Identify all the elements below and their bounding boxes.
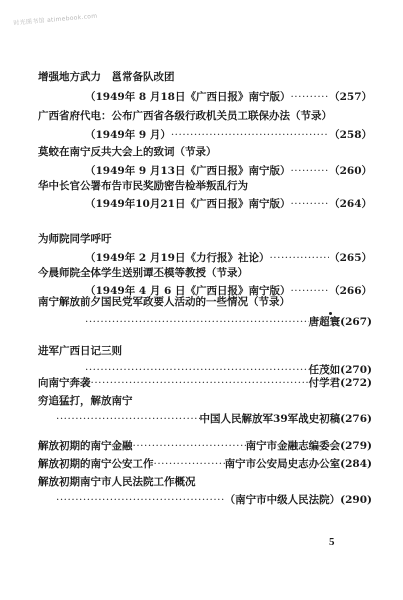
toc-entry-source-line: （1949年 2 月19日《力行报》社论） （265） bbox=[85, 252, 372, 265]
toc-entry-page: （258） bbox=[329, 129, 372, 142]
toc-entry-title: 向南宁奔袭 bbox=[38, 377, 91, 390]
leader-dots bbox=[85, 316, 309, 329]
toc-entry-page: （257） bbox=[329, 91, 372, 104]
toc-entry-source: （1949年 2 月19日《力行报》社论） bbox=[85, 252, 269, 265]
toc-entry-author: （南宁市中级人民法院） bbox=[225, 494, 341, 507]
toc-entry-line: 向南宁奔袭 付学君 (272) bbox=[38, 377, 372, 390]
toc-entry-page: (276) bbox=[340, 413, 372, 426]
page-number: 5 bbox=[329, 536, 335, 548]
toc-entry-title: 解放初期的南宁金融 bbox=[38, 440, 133, 453]
leader-dots bbox=[269, 252, 329, 265]
toc-entry-title: 解放初期的南宁公安工作 bbox=[38, 458, 154, 471]
toc-entry-page: (284) bbox=[340, 458, 372, 471]
toc-entry-title: 解放初期南宁市人民法院工作概况 bbox=[38, 476, 196, 489]
leader-dots bbox=[290, 285, 329, 298]
leader-dots bbox=[56, 413, 200, 426]
toc-entry-title: 增强地方武力 邕常备队改团 bbox=[38, 71, 175, 84]
toc-entry-title: 今晨师院全体学生送别谭丕模等教授（节录） bbox=[38, 267, 248, 280]
toc-entry-page: (279) bbox=[340, 440, 372, 453]
toc-entry-author: 中国人民解放军39军战史初稿 bbox=[200, 413, 341, 426]
toc-entry-author-line: 中国人民解放军39军战史初稿 (276) bbox=[56, 413, 372, 426]
toc-entry-source-line: （1949年10月21日《广西日报》南宁版） （264） bbox=[85, 198, 372, 211]
toc-entry-author: 南宁市金融志编委会 bbox=[246, 440, 341, 453]
toc-entry-author: 任茂如 bbox=[309, 364, 341, 377]
toc-entry-title: 进军广西日记三则 bbox=[38, 345, 122, 358]
toc-entry-source: （1949年 9 月） bbox=[85, 129, 171, 142]
toc-entry-source: （1949年 8 月18日《广西日报》南宁版） bbox=[85, 91, 290, 104]
toc-entry-page: (270) bbox=[340, 364, 372, 377]
toc-entry-title: 穷追猛打，解放南宁 bbox=[38, 395, 133, 408]
scan-speck bbox=[329, 312, 332, 315]
toc-entry-author: 付学君 bbox=[309, 377, 341, 390]
toc-entry-page: （266） bbox=[329, 285, 372, 298]
leader-dots bbox=[85, 364, 309, 377]
toc-entry-line: 解放初期的南宁金融 南宁市金融志编委会 (279) bbox=[38, 440, 372, 453]
toc-entry-title: 广西省府代电：公布广西省各级行政机关员工联保办法（节录） bbox=[38, 110, 332, 123]
leader-dots bbox=[171, 129, 329, 142]
toc-entry-source-line: （1949年 9 月） （258） bbox=[85, 129, 372, 142]
leader-dots bbox=[290, 165, 329, 178]
toc-entry-title: 为师院同学呼吁 bbox=[38, 233, 112, 246]
toc-entry-page: (290) bbox=[340, 494, 372, 507]
watermark: 时光图书馆 atimebook.com bbox=[13, 11, 98, 27]
toc-entry-source-line: （1949年 8 月18日《广西日报》南宁版） （257） bbox=[85, 91, 372, 104]
leader-dots bbox=[56, 494, 225, 507]
toc-entry-page: (267) bbox=[340, 316, 372, 329]
toc-entry-page: (272) bbox=[340, 377, 372, 390]
leader-dots bbox=[290, 91, 329, 104]
leader-dots bbox=[133, 440, 246, 453]
toc-entry-source: （1949年10月21日《广西日报》南宁版） bbox=[85, 198, 290, 211]
toc-entry-title: 莫蛟在南宁反共大会上的致词（节录） bbox=[38, 146, 217, 159]
toc-entry-title: 南宁解放前夕国民党军政要人活动的一些情况（节录） bbox=[38, 296, 290, 309]
leader-dots bbox=[154, 458, 225, 471]
toc-entry-source-line: （1949年 9 月13日《广西日报》南宁版） （260） bbox=[85, 165, 372, 178]
toc-entry-author-line: 唐超寰 (267) bbox=[85, 316, 372, 329]
leader-dots bbox=[290, 198, 329, 211]
toc-entry-author: 唐超寰 bbox=[309, 316, 341, 329]
toc-entry-author-line: 任茂如 (270) bbox=[85, 364, 372, 377]
toc-entry-title: 华中长官公署布告市民奖励密告检举叛乱行为 bbox=[38, 180, 248, 193]
toc-entry-source: （1949年 9 月13日《广西日报》南宁版） bbox=[85, 165, 290, 178]
toc-entry-author-line: （南宁市中级人民法院） (290) bbox=[56, 494, 372, 507]
toc-entry-line: 解放初期的南宁公安工作 南宁市公安局史志办公室 (284) bbox=[38, 458, 372, 471]
toc-entry-page: （265） bbox=[329, 252, 372, 265]
toc-entry-page: （264） bbox=[329, 198, 372, 211]
toc-entry-page: （260） bbox=[329, 165, 372, 178]
leader-dots bbox=[91, 377, 309, 390]
toc-entry-author: 南宁市公安局史志办公室 bbox=[225, 458, 341, 471]
